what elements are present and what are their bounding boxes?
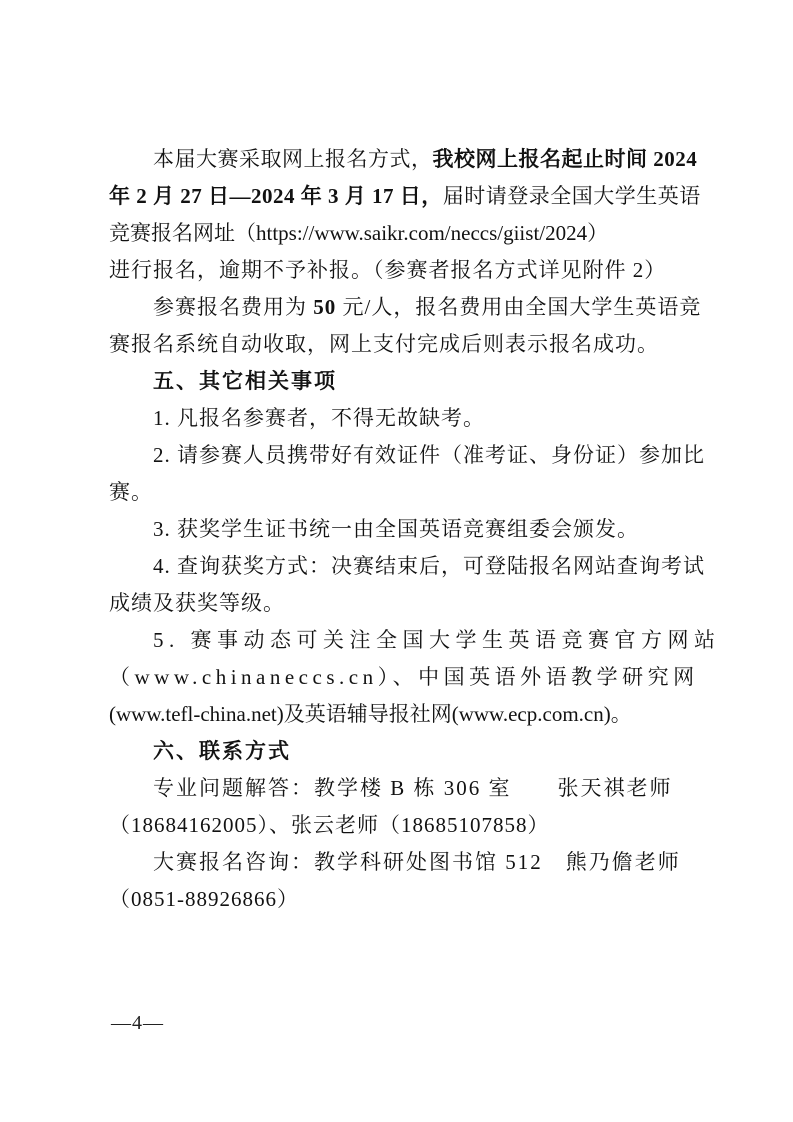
section-5-item-4-line-1: 4. 查询获奖方式：决赛结束后，可登陆报名网站查询考试 bbox=[109, 548, 695, 585]
registration-paragraph-line-4: 进行报名，逾期不予补报。（参赛者报名方式详见附件 2） bbox=[109, 252, 695, 289]
registration-text-normal-cont: 届时请登录全国大学生英语 bbox=[443, 184, 701, 208]
registration-url-line: 竞赛报名网址（https://www.saikr.com/neccs/giist… bbox=[109, 215, 695, 252]
fee-paragraph-line-1: 参赛报名费用为 50 元/人，报名费用由全国大学生英语竞 bbox=[109, 289, 695, 326]
registration-paragraph-line-2: 年 2 月 27 日—2024 年 3 月 17 日，届时请登录全国大学生英语 bbox=[109, 178, 695, 215]
registration-deadline-bold: 我校网上报名起止时间 2024 bbox=[433, 147, 698, 171]
section-5-item-4-line-2: 成绩及获奖等级。 bbox=[109, 585, 695, 622]
section-5-item-5-line-1: 5. 赛事动态可关注全国大学生英语竞赛官方网站 bbox=[109, 622, 695, 659]
registration-text-normal: 本届大赛采取网上报名方式， bbox=[153, 147, 433, 171]
fee-text-post: 元/人，报名费用由全国大学生英语竞 bbox=[336, 295, 701, 319]
fee-amount: 50 bbox=[313, 295, 336, 319]
contact-registration-line-1: 大赛报名咨询：教学科研处图书馆 512 熊乃儋老师 bbox=[109, 844, 695, 881]
contact-registration-line-2: （0851-88926866） bbox=[109, 881, 695, 918]
fee-paragraph-line-2: 赛报名系统自动收取，网上支付完成后则表示报名成功。 bbox=[109, 326, 695, 363]
section-5-item-2-line-1: 2. 请参赛人员携带好有效证件（准考证、身份证）参加比 bbox=[109, 437, 695, 474]
section-5-item-5-line-2: （www.chinaneccs.cn）、中国英语外语教学研究网 bbox=[109, 659, 695, 696]
section-6-heading: 六、联系方式 bbox=[109, 733, 695, 770]
registration-deadline-bold-cont: 年 2 月 27 日—2024 年 3 月 17 日， bbox=[109, 184, 443, 208]
contact-academic-line-2: （18684162005）、张云老师（18685107858） bbox=[109, 807, 695, 844]
document-page: 本届大赛采取网上报名方式，我校网上报名起止时间 2024 年 2 月 27 日—… bbox=[0, 0, 793, 1122]
fee-text-pre: 参赛报名费用为 bbox=[153, 295, 313, 319]
section-5-item-3: 3. 获奖学生证书统一由全国英语竞赛组委会颁发。 bbox=[109, 511, 695, 548]
registration-paragraph-line-1: 本届大赛采取网上报名方式，我校网上报名起止时间 2024 bbox=[109, 141, 695, 178]
section-5-item-2-line-2: 赛。 bbox=[109, 474, 695, 511]
document-body: 本届大赛采取网上报名方式，我校网上报名起止时间 2024 年 2 月 27 日—… bbox=[109, 141, 695, 918]
contact-academic-line-1: 专业问题解答：教学楼 B 栋 306 室 张天祺老师 bbox=[109, 770, 695, 807]
section-5-item-1: 1. 凡报名参赛者，不得无故缺考。 bbox=[109, 400, 695, 437]
section-5-heading: 五、其它相关事项 bbox=[109, 363, 695, 400]
page-number: —4— bbox=[111, 1010, 164, 1036]
section-5-item-5-line-3: (www.tefl-china.net)及英语辅导报社网(www.ecp.com… bbox=[109, 696, 695, 733]
